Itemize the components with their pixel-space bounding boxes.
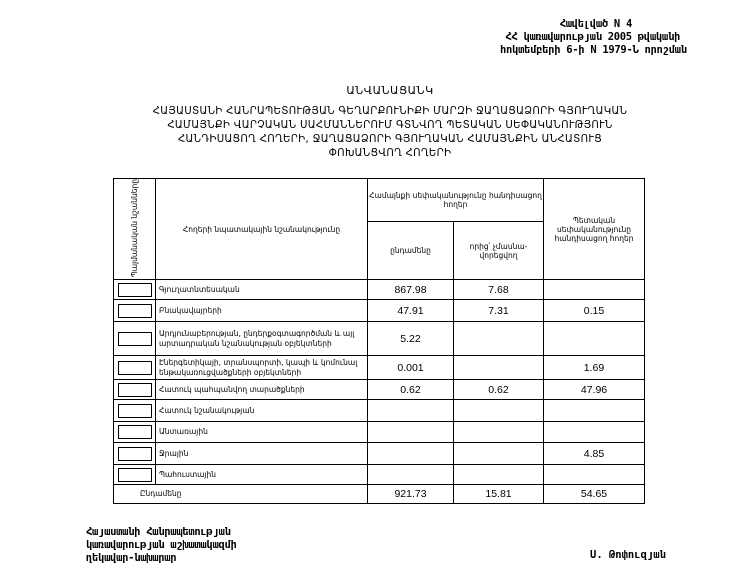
community-total (368, 465, 454, 485)
subtitle-line: ՀԱՅԱՍՏԱՆԻ ՀԱՆՐԱՊԵՏՈՒԹՅԱՆ ԳԵՂԱՐՔՈՒՆԻՔԻ ՄԱ… (100, 105, 680, 119)
signatory: Ս. Թոփուզյան (590, 549, 666, 561)
community-total (368, 422, 454, 443)
document-title: ԱՆՎԱՆԱՑԱՆԿ (100, 84, 680, 97)
totals-label: Ընդամենը (114, 485, 368, 504)
legend-symbol-box (118, 425, 152, 439)
approval-note: Հավելված N 4 ՀՀ կառավարության 2005 թվակա… (500, 18, 680, 57)
state-land (544, 465, 645, 485)
land-category: Հատուկ նշանակության (156, 400, 368, 422)
footer-line: ղեկավար-նախարար (86, 552, 237, 565)
header-name: Հողերի նպատակային նշանակությունը (156, 179, 368, 280)
document-subtitle: ՀԱՅԱՍՏԱՆԻ ՀԱՆՐԱՊԵՏՈՒԹՅԱՆ ԳԵՂԱՐՔՈՒՆԻՔԻ ՄԱ… (100, 105, 680, 161)
state-land (544, 322, 645, 356)
footer-line: Հայաստանի Հանրապետության (86, 526, 237, 539)
community-privatized: 0.62 (454, 380, 544, 400)
land-category: Բնակավայրերի (156, 300, 368, 322)
community-total: 0.62 (368, 380, 454, 400)
header-state: Պետական սեփականությունը հանդիսացող հողեր (544, 179, 645, 280)
table-row: Ջրային4.85 (114, 443, 645, 465)
table-row: Բնակավայրերի47.917.310.15 (114, 300, 645, 322)
community-privatized (454, 356, 544, 380)
state-land: 0.15 (544, 300, 645, 322)
totals-row: Ընդամենը921.7315.8154.65 (114, 485, 645, 504)
community-total (368, 443, 454, 465)
legend-symbol-cell (114, 422, 156, 443)
legend-symbol-box (118, 332, 152, 346)
legend-symbol-box (118, 361, 152, 375)
header-code: Պայմանական նշանները (114, 179, 156, 280)
legend-symbol-box (118, 304, 152, 318)
land-table: Պայմանական նշանները Հողերի նպատակային նշ… (113, 178, 645, 504)
community-total: 0.001 (368, 356, 454, 380)
community-privatized (454, 322, 544, 356)
community-privatized (454, 400, 544, 422)
land-category: Արդյունաբերության, ընդերքօգտագործման և ա… (156, 322, 368, 356)
header-community-group: Համայնքի սեփականությունը հանդիսացող հողե… (368, 179, 544, 222)
approval-line-3: հոկտեմբերի 6-ի N 1979-Ն որոշման (500, 44, 680, 57)
legend-symbol-box (118, 468, 152, 482)
state-land (544, 280, 645, 300)
land-category: Հատուկ պահպանվող տարածքների (156, 380, 368, 400)
land-category: Գյուղատնտեսական (156, 280, 368, 300)
footer-line: կառավարության աշխատակազմի (86, 539, 237, 552)
table-row: Էներգետիկայի, տրանսպորտի, կապի և կոմունա… (114, 356, 645, 380)
legend-symbol-cell (114, 465, 156, 485)
land-category: Ջրային (156, 443, 368, 465)
state-land: 47.96 (544, 380, 645, 400)
subtitle-line: ՓՈԽԱՆՑՎՈՂ ՀՈՂԵՐԻ (100, 147, 680, 161)
legend-symbol-box (118, 447, 152, 461)
legend-symbol-box (118, 283, 152, 297)
community-privatized: 7.68 (454, 280, 544, 300)
legend-symbol-cell (114, 400, 156, 422)
legend-symbol-box (118, 404, 152, 418)
land-category: Էներգետիկայի, տրանսպորտի, կապի և կոմունա… (156, 356, 368, 380)
table-row: Գյուղատնտեսական867.987.68 (114, 280, 645, 300)
subtitle-line: ՀԱՆԴԻՍԱՑՈՂ ՀՈՂԵՐԻ, ՋԱՂԱՑԱՁՈՐԻ ԳՅՈՒՂԱԿԱՆ … (100, 133, 680, 147)
header-community-total: ընդամենը (368, 221, 454, 279)
community-total (368, 400, 454, 422)
state-land: 4.85 (544, 443, 645, 465)
header-community-privatized: որից՝ չմասնա-վորեցվող (454, 221, 544, 279)
legend-symbol-cell (114, 356, 156, 380)
community-total: 47.91 (368, 300, 454, 322)
table-row: Անտառային (114, 422, 645, 443)
subtitle-line: ՀԱՄԱՅՆՔԻ ՎԱՐՉԱԿԱՆ ՍԱՀՄԱՆՆԵՐՈՒՄ ԳՏՆՎՈՂ ՊԵ… (100, 119, 680, 133)
community-privatized (454, 465, 544, 485)
community-total: 5.22 (368, 322, 454, 356)
table-row: Հատուկ նշանակության (114, 400, 645, 422)
legend-symbol-cell (114, 322, 156, 356)
state-land (544, 422, 645, 443)
land-category: Անտառային (156, 422, 368, 443)
table-row: Հատուկ պահպանվող տարածքների0.620.6247.96 (114, 380, 645, 400)
community-total: 867.98 (368, 280, 454, 300)
table-row: Արդյունաբերության, ընդերքօգտագործման և ա… (114, 322, 645, 356)
community-privatized (454, 422, 544, 443)
legend-symbol-cell (114, 280, 156, 300)
totals-state: 54.65 (544, 485, 645, 504)
state-land: 1.69 (544, 356, 645, 380)
table-row: Պահուստային (114, 465, 645, 485)
community-privatized (454, 443, 544, 465)
footer-title: Հայաստանի Հանրապետության կառավարության ա… (86, 526, 237, 565)
state-land (544, 400, 645, 422)
legend-symbol-cell (114, 443, 156, 465)
legend-symbol-box (118, 383, 152, 397)
legend-symbol-cell (114, 300, 156, 322)
community-privatized: 7.31 (454, 300, 544, 322)
land-category: Պահուստային (156, 465, 368, 485)
legend-symbol-cell (114, 380, 156, 400)
approval-line-1: Հավելված N 4 (500, 18, 680, 31)
totals-community-total: 921.73 (368, 485, 454, 504)
totals-community-privatized: 15.81 (454, 485, 544, 504)
approval-line-2: ՀՀ կառավարության 2005 թվականի (500, 31, 680, 44)
